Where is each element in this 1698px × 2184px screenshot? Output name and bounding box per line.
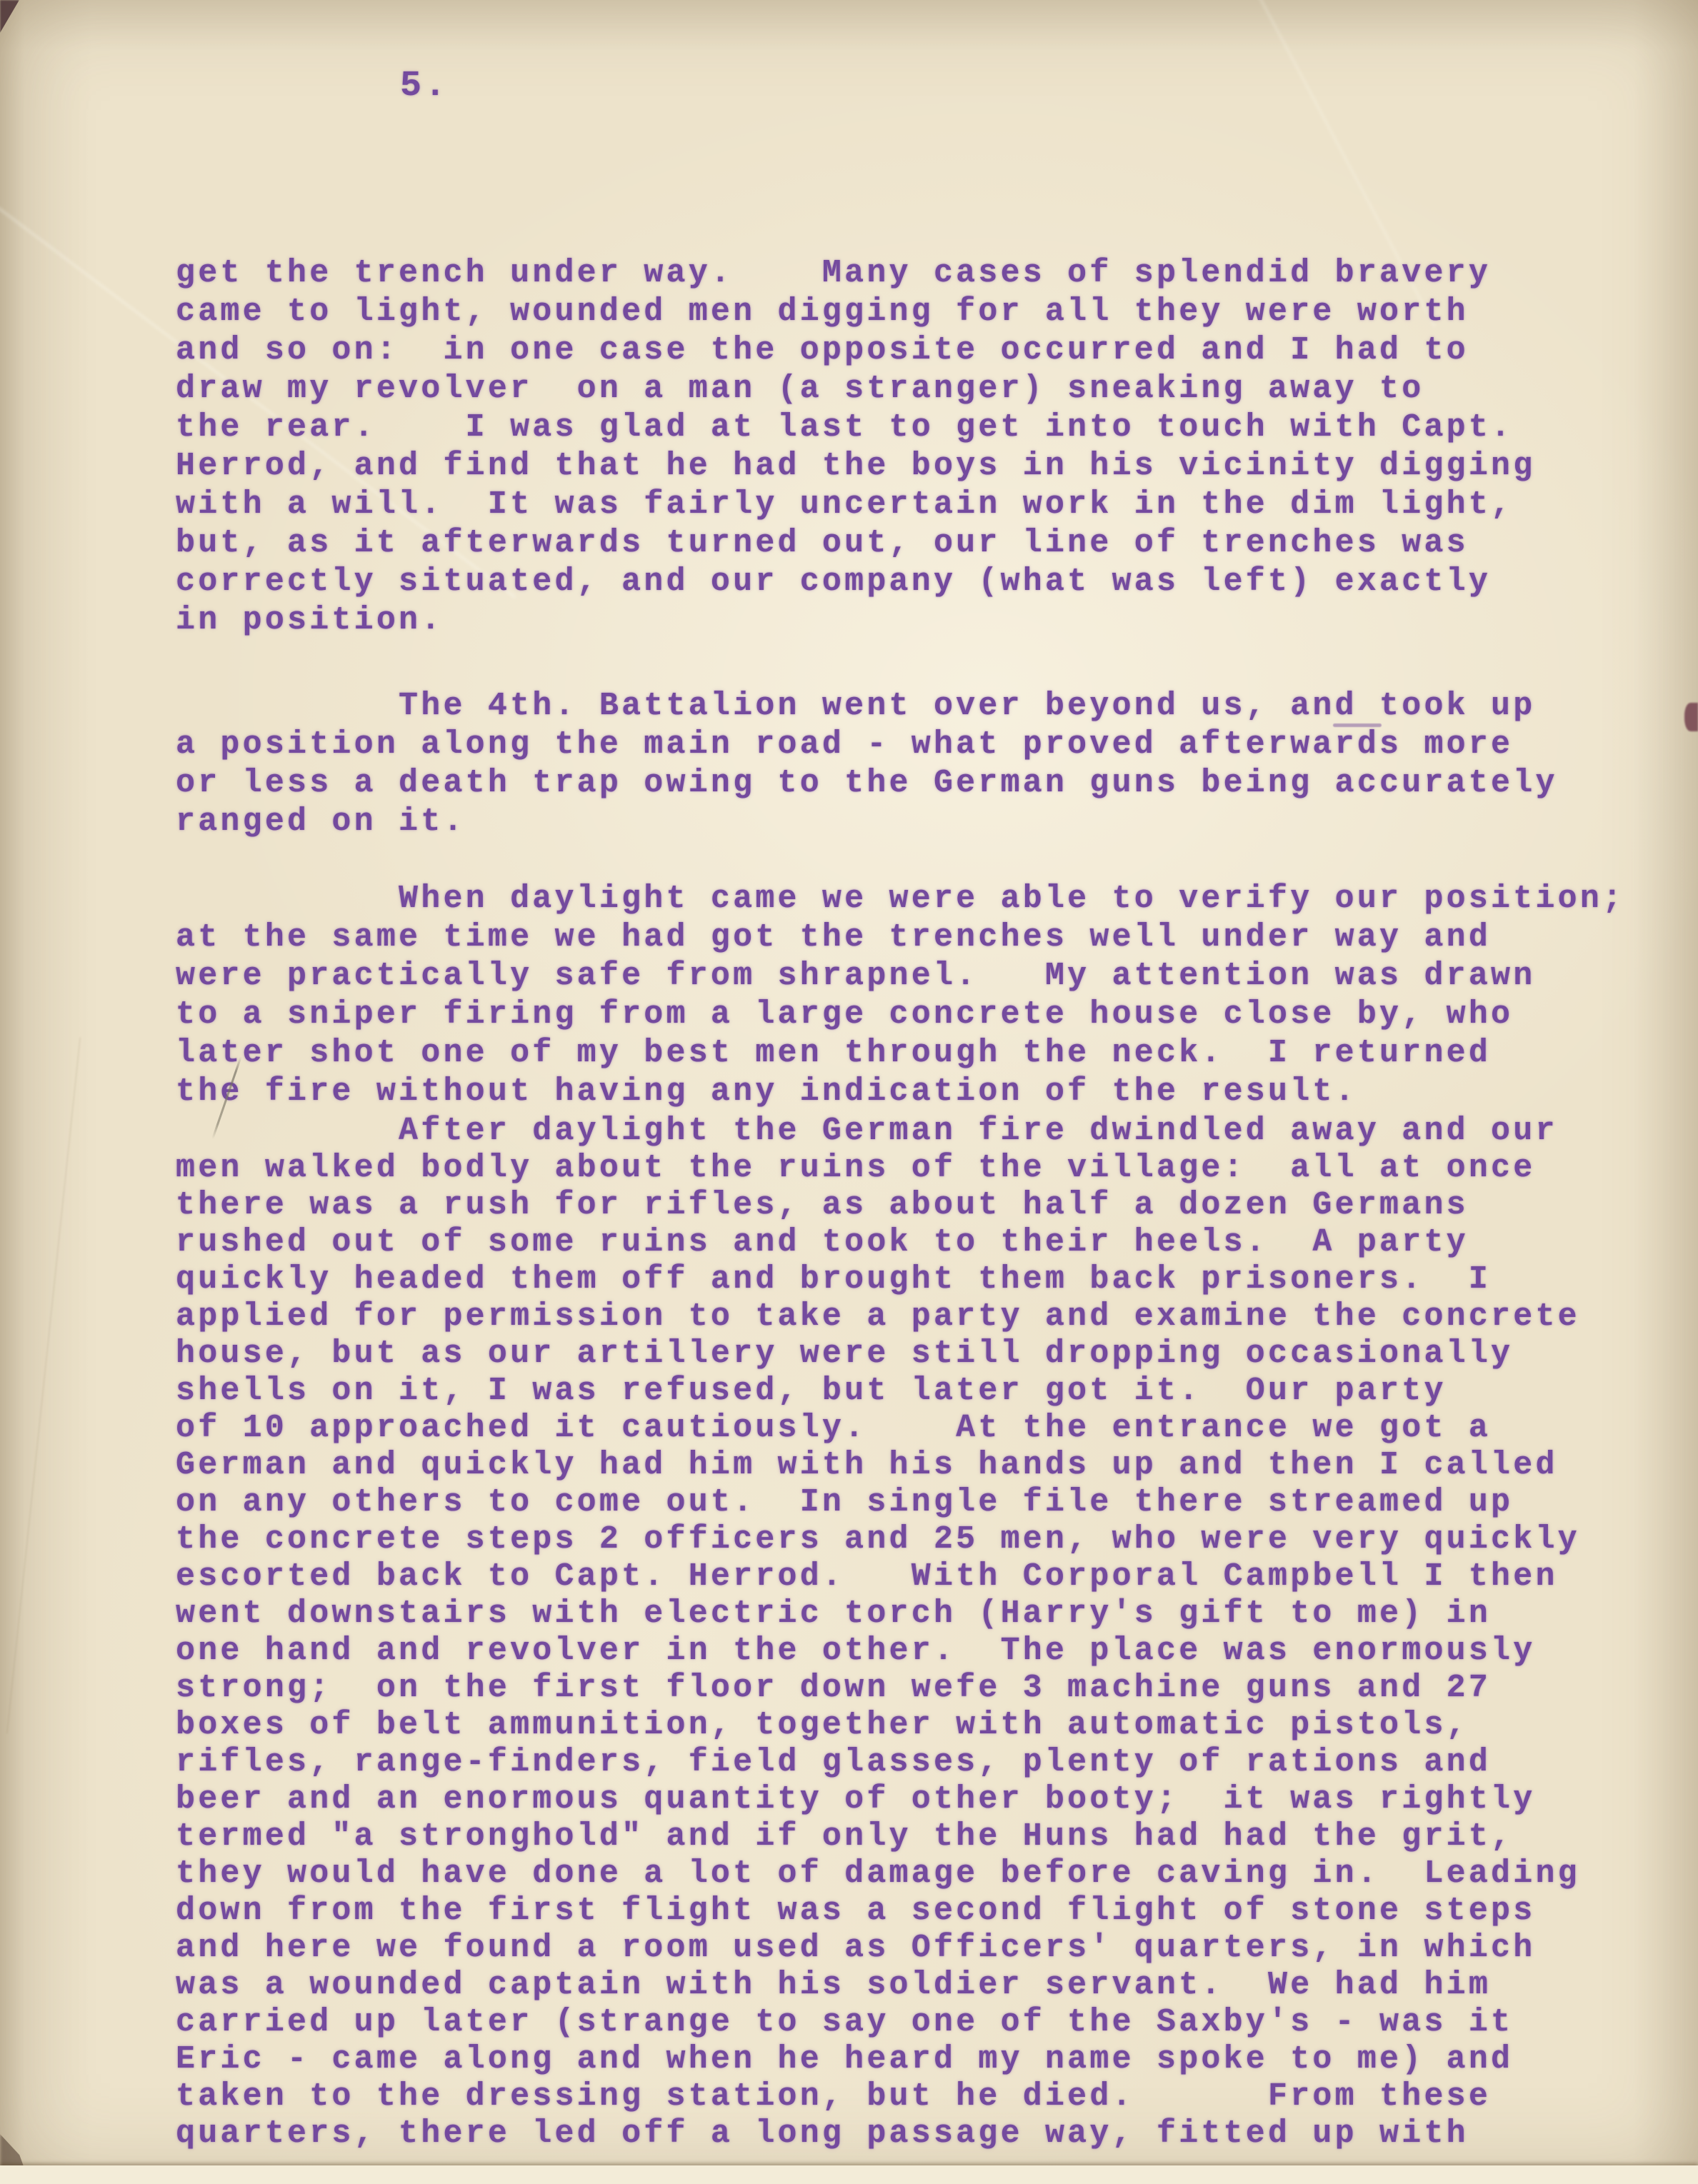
- typed-paragraph-2: The 4th. Battalion went over beyond us, …: [176, 687, 1558, 841]
- ink-underline-mark: [1333, 723, 1382, 727]
- corner-stain-top-left: [0, 0, 19, 33]
- edge-stain-right: [1684, 703, 1698, 731]
- scanned-page: 5. get the trench under way. Many cases …: [0, 0, 1698, 2184]
- typed-paragraph-1: get the trench under way. Many cases of …: [176, 254, 1535, 640]
- typed-paragraph-4: After daylight the German fire dwindled …: [176, 1113, 1580, 2153]
- page-number: 5.: [400, 67, 449, 106]
- scan-edge-strip: [0, 2165, 1698, 2184]
- typed-paragraph-3: When daylight came we were able to verif…: [176, 880, 1624, 1111]
- paper-crease: [6, 1038, 81, 1734]
